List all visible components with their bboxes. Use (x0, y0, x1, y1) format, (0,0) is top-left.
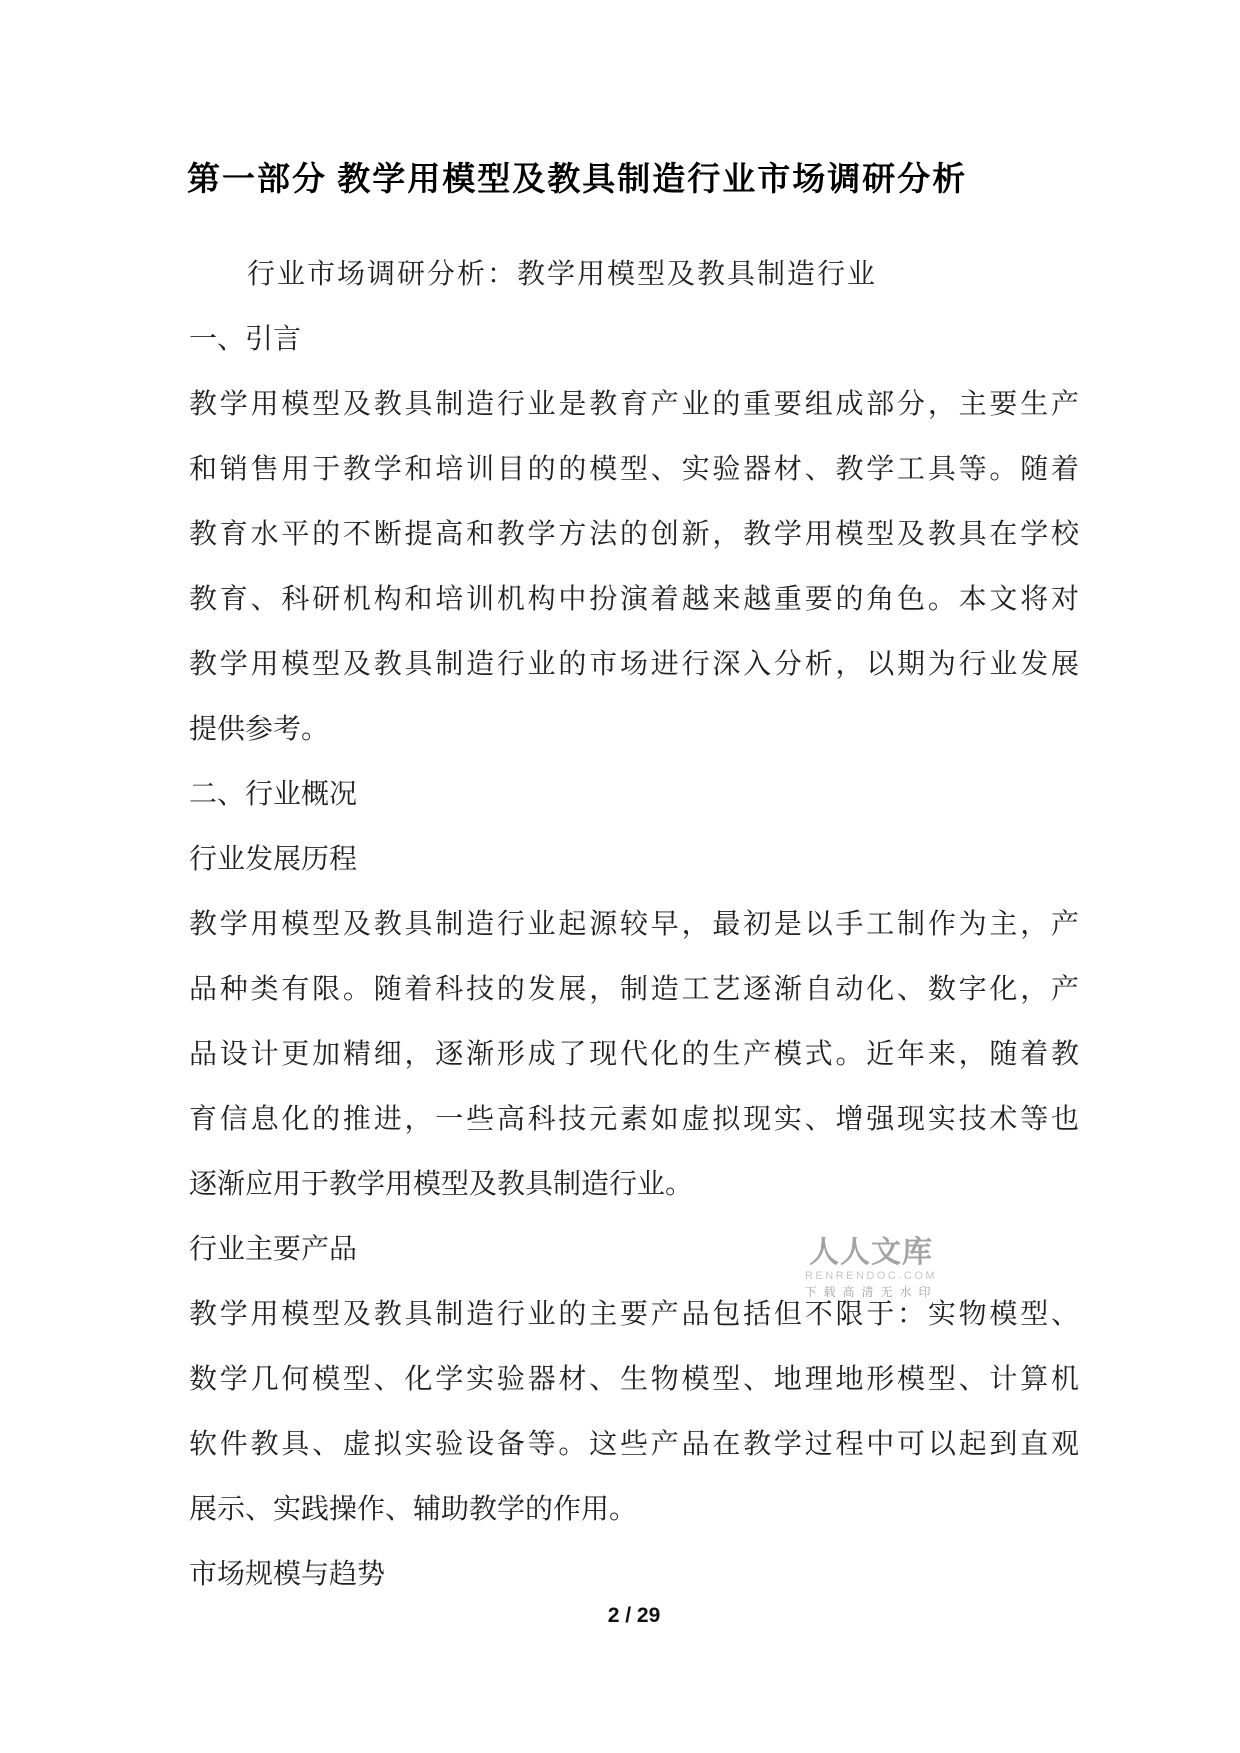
text-line: 品设计更加精细，逐渐形成了现代化的生产模式。近年来，随着教 (189, 1022, 1079, 1087)
text-line: 数学几何模型、化学实验器材、生物模型、地理地形模型、计算机 (189, 1347, 1079, 1412)
text-line: 提供参考。 (189, 697, 1079, 762)
text-line: 行业主要产品 (189, 1217, 1079, 1282)
text-line: 教育水平的不断提高和教学方法的创新，教学用模型及教具在学校 (189, 502, 1079, 567)
text-line: 教学用模型及教具制造行业的主要产品包括但不限于：实物模型、 (189, 1282, 1079, 1347)
text-line: 教育、科研机构和培训机构中扮演着越来越重要的角色。本文将对 (189, 567, 1079, 632)
text-line: 一、引言 (189, 307, 1079, 372)
text-line: 市场规模与趋势 (189, 1542, 1079, 1607)
text-line: 品种类有限。随着科技的发展，制造工艺逐渐自动化、数字化，产 (189, 957, 1079, 1022)
text-line: 软件教具、虚拟实验设备等。这些产品在教学过程中可以起到直观 (189, 1412, 1079, 1477)
text-line: 育信息化的推进，一些高科技元素如虚拟现实、增强现实技术等也 (189, 1087, 1079, 1152)
document-page: 第一部分 教学用模型及教具制造行业市场调研分析 行业市场调研分析：教学用模型及教… (0, 0, 1240, 1753)
text-line: 二、行业概况 (189, 762, 1079, 827)
section-heading: 第一部分 教学用模型及教具制造行业市场调研分析 (187, 164, 967, 197)
document-body: 行业市场调研分析：教学用模型及教具制造行业一、引言教学用模型及教具制造行业是教育… (189, 242, 1079, 1607)
text-line: 行业发展历程 (189, 827, 1079, 892)
text-line: 教学用模型及教具制造行业是教育产业的重要组成部分，主要生产 (189, 372, 1079, 437)
text-line: 和销售用于教学和培训目的的模型、实验器材、教学工具等。随着 (189, 437, 1079, 502)
text-line: 教学用模型及教具制造行业起源较早，最初是以手工制作为主，产 (189, 892, 1079, 957)
text-line: 行业市场调研分析：教学用模型及教具制造行业 (189, 242, 1079, 307)
text-line: 展示、实践操作、辅助教学的作用。 (189, 1477, 1079, 1542)
text-line: 教学用模型及教具制造行业的市场进行深入分析，以期为行业发展 (189, 632, 1079, 697)
text-line: 逐渐应用于教学用模型及教具制造行业。 (189, 1152, 1079, 1217)
page-number: 2 / 29 (189, 1601, 1079, 1631)
